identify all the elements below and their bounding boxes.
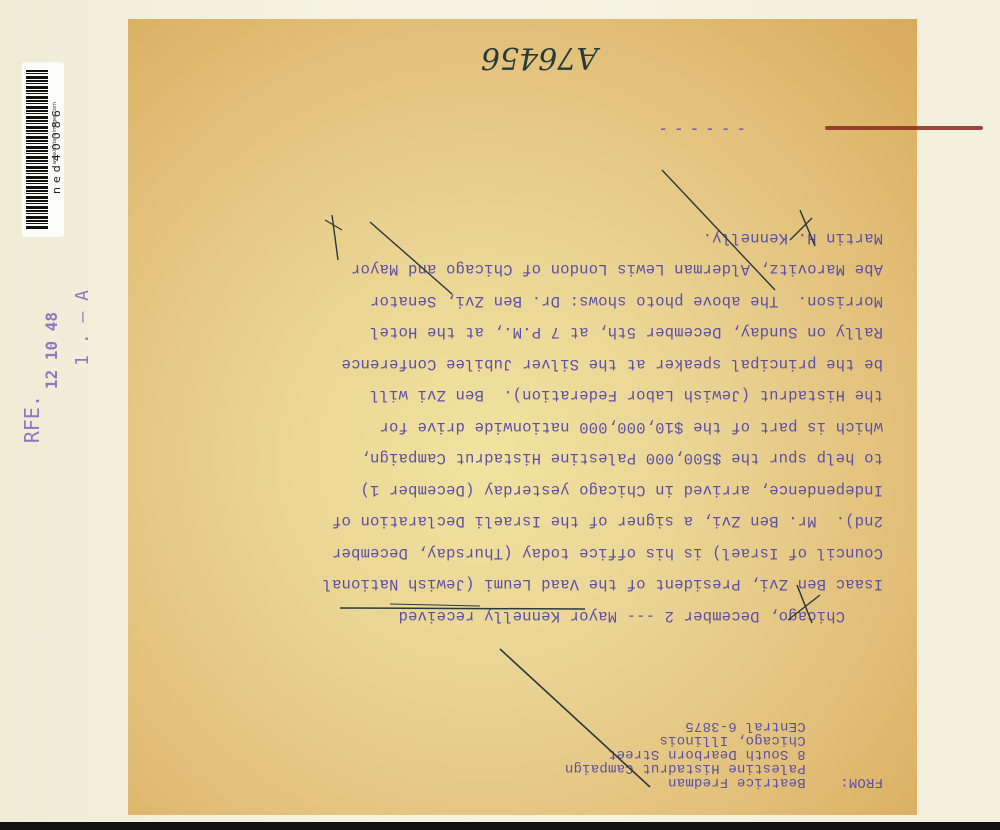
from-line: Beatrice Fredman <box>668 774 806 790</box>
body-line: Council of Israel) is his office today (… <box>322 537 883 569</box>
handwritten-number: A76456 <box>481 40 598 75</box>
body-line: Chicago, December 2 --- Mayor Kennelly r… <box>322 600 883 632</box>
from-line: CEntral 6-3875 <box>685 718 805 734</box>
body-line: the Histadrut (Jewish Labor Federation).… <box>322 379 883 411</box>
body-line: be the principal speaker at the Silver J… <box>322 348 883 380</box>
mount-bottom-edge <box>0 822 1000 830</box>
from-line: 8 South Dearborn Street <box>608 746 806 762</box>
rotated-document: FROM: Beatrice Fredman Palestine Histadr… <box>0 0 1000 830</box>
body-text: Chicago, December 2 --- Mayor Kennelly r… <box>322 222 883 632</box>
from-block: FROM: Beatrice Fredman Palestine Histadr… <box>565 719 883 789</box>
body-line: Isaac Ben Zvi, President of the Vaad Leu… <box>322 568 883 600</box>
from-label: FROM: <box>840 774 883 790</box>
body-line: Rally on Sunday, December 5th, at 7 P.M.… <box>322 316 883 348</box>
from-line: Chicago, Illinois <box>659 732 805 748</box>
end-marker: ------ <box>652 120 746 138</box>
body-line: Independence, arrived in Chicago yesterd… <box>322 474 883 506</box>
body-line: which is part of the $10,000,000 nationw… <box>322 411 883 443</box>
body-line: Abe Marovitz, Alderman Lewis London of C… <box>322 253 883 285</box>
body-line: 2nd). Mr. Ben Zvi, a signer of the Israe… <box>322 505 883 537</box>
body-line: Martin H. Kennelly. <box>322 222 883 254</box>
red-pencil-line <box>825 126 983 130</box>
from-line: Palestine Histadrut Campaign <box>565 760 806 776</box>
body-line: to help spur the $500,000 Palestine Hist… <box>322 442 883 474</box>
body-line: Morrison. The above photo shows: Dr. Ben… <box>322 285 883 317</box>
